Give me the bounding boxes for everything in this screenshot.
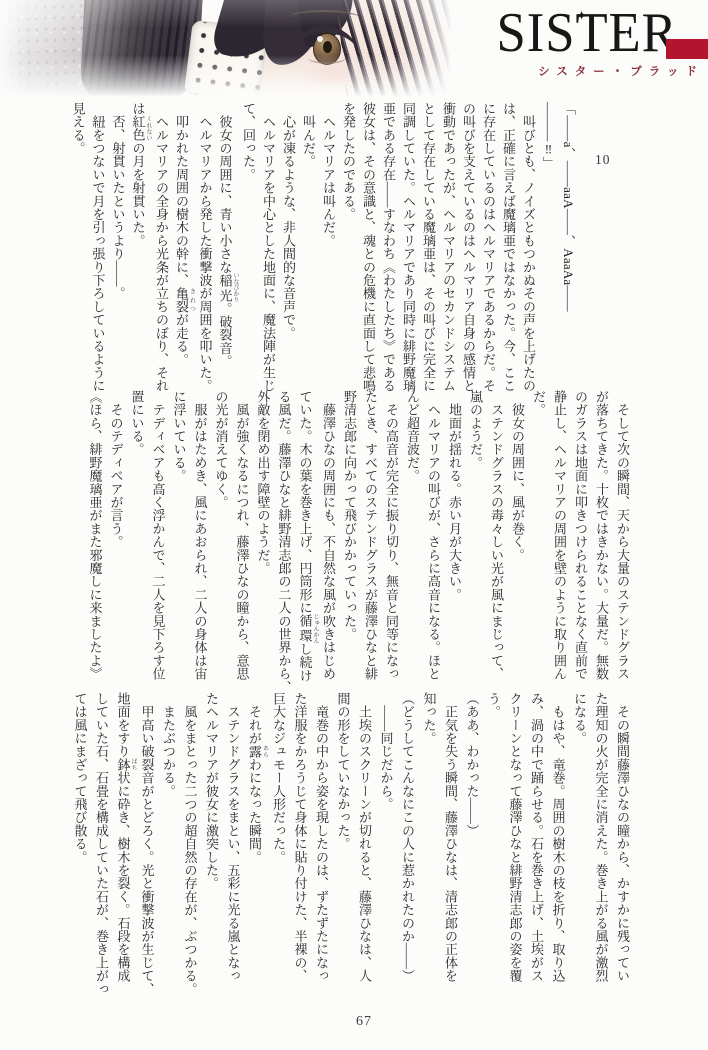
text-line: またぶつかる。 [158, 692, 180, 1014]
text-line: ては風にまざって飛び散る。 [69, 692, 91, 1014]
text-line: 同調していた。ヘルマリアであり同時に緋野魔璃 [398, 102, 418, 392]
text-line: 彼女の周囲に、青い小さな稲光いなびかり。破裂音。 [215, 102, 239, 392]
text-line: ヘルマリアを中心とした地面に、魔法陣が生じ [258, 102, 278, 392]
text-line: 否、射貫いたというより——。 [108, 102, 128, 392]
text-line: た理知の火が完全に消えた。巻き上がる風が激烈 [590, 692, 612, 1014]
text-line: が落ちてきた。十枚ではきかない。大量だ。無数 [591, 390, 612, 696]
text-band-top: 「——a、——aaA——、AaaAa—————‼」 叫びとも、ノイズともつかぬそ… [78, 102, 578, 392]
sparkle-icon: ✦ [622, 30, 631, 43]
text-line: の叫びを支えているのはヘルマリア自身の感情と [458, 102, 478, 392]
text-line: 竜巻の中から姿を現したのは、ずたずたになっ [311, 692, 333, 1014]
header-illustration [0, 0, 452, 100]
text-line: 紐をつないで月を引っ張り下ろしているように [88, 102, 108, 392]
text-line: み、渦の中で踊らせる。石を巻き上げ、土埃がス [526, 692, 548, 1014]
text-line: 野清志郎に向かって飛びかかっていった。 [339, 390, 360, 696]
text-line: ——同じだから。 [375, 692, 397, 1014]
text-line: だ。 [528, 390, 549, 696]
text-line: 彼女は、その意識と、魂との危機に直面して悲鳴 [358, 102, 378, 392]
section-number: 10 [595, 152, 611, 168]
sparkle-icon: ✦ [653, 20, 662, 33]
text-line: ヘルマリアは叫んだ。 [318, 102, 338, 392]
text-line: もはや、竜巻。周囲の樹木の枝を折り、取り込 [547, 692, 569, 1014]
text-line: 地面が揺れる。赤い月が大きい。 [444, 390, 465, 696]
text-line: ていた。木の葉を巻き上げ、円筒形に循環じゅんかんし続け [295, 390, 319, 696]
series-logo-title: SISTER [497, 4, 678, 62]
text-line: に存在しているのはヘルマリアであるからだ。そ [478, 102, 498, 392]
text-line: （どうしてこんなにこの人に惹かれたのか——） [397, 692, 419, 1014]
text-line: は紅色くれないの月を射貫いた。 [128, 102, 152, 392]
text-line: テディベアも高く浮かんで、二人を見下ろす位 [148, 390, 169, 696]
text-line: 間の形をしていなかった。 [332, 692, 354, 1014]
text-line: 外敵を閉め出す障壁のようだ。 [253, 390, 274, 696]
text-line: 衝動であったが、ヘルマリアのセカンドシステム [438, 102, 458, 392]
sparkle-icon: ✦ [576, 9, 587, 22]
text-line: として存在している魔璃亜は、その叫びに完全に [418, 102, 438, 392]
text-line: ヘルマリアの叫びが、さらに高音になる。ほと [423, 390, 444, 696]
text-line: 叫んだ。 [298, 102, 318, 392]
text-line: そのテディベアが言う。 [106, 390, 127, 696]
text-line: の光が消えてゆく。 [211, 390, 232, 696]
text-line: 土埃のスクリーンが切れると、藤澤ひなは、人 [354, 692, 376, 1014]
text-line: ヘルマリアの全身から光条が立ちのぼり、それ [151, 102, 171, 392]
text-line: る風だ。藤澤ひなと緋野清志郎の二人の世界から、 [274, 390, 295, 696]
text-line: クリーンとなって藤澤ひなと緋野清志郎の姿を覆 [504, 692, 526, 1014]
text-line: 叩かれた周囲の樹木の幹に、亀裂きれつが走る。 [171, 102, 195, 392]
text-line: 風が強くなるにつれ、藤澤ひなの瞳から、意思 [232, 390, 253, 696]
text-line: そして次の瞬間、天から大量のステンドグラス [612, 390, 633, 696]
text-line: 心が凍るような、非人間的な音声で。 [278, 102, 298, 392]
text-line: は、正確に言えば魔璃亜ではなかった。今、ここ [498, 102, 518, 392]
text-band-middle: そして次の瞬間、天から大量のステンドグラスが落ちてきた。十枚ではきかない。大量だ… [87, 390, 633, 696]
logo-red-bar [666, 39, 708, 59]
text-line: を発したのである。 [338, 102, 358, 392]
text-line: 亜である存在——すなわち《わたしたち》である [378, 102, 398, 392]
page-number: 67 [356, 1014, 372, 1030]
text-line: ステンドグラスをまとい、五彩に光る嵐となっ [222, 692, 244, 1014]
text-band-bottom: その瞬間藤澤ひなの瞳から、かすかに残っていた理知の火が完全に消えた。巻き上がる風… [73, 692, 633, 1014]
text-line: 静止し、ヘルマリアの周囲を壁のように取り囲ん [549, 390, 570, 696]
text-line: た洋服をかろうじて身体に貼り付けた、半裸の、 [289, 692, 311, 1014]
text-line: たとき、すべてのステンドグラスが藤澤ひなと緋 [360, 390, 381, 696]
series-logo-subtitle: シスター・ブラッド [538, 63, 704, 79]
text-line: ヘルマリアから発した衝撃波が周囲を叩いた。 [195, 102, 215, 392]
text-line: 正気を失う瞬間、藤澤ひなは、清志郎の正体を [440, 692, 462, 1014]
text-line: て、回った。 [238, 102, 258, 392]
text-line: 甲高い破裂音がとどろく。光と衝撃波が生じて、 [136, 692, 158, 1014]
text-line: う。 [483, 692, 505, 1014]
text-line: たヘルマリアが彼女に激突した。 [201, 692, 223, 1014]
text-line: 「——a、——aaA——、AaaAa—— [558, 102, 578, 392]
text-line: それが露あらわになった瞬間。 [244, 692, 268, 1014]
text-line: 巨大なジュモー人形だった。 [268, 692, 290, 1014]
text-line: のガラスは地面に叩きつけられることなく直前で [570, 390, 591, 696]
text-line: になる。 [569, 692, 591, 1014]
text-line: 藤澤ひなの周囲にも、不自然な風が吹きはじめ [318, 390, 339, 696]
text-line: に浮いている。 [169, 390, 190, 696]
text-line: その瞬間藤澤ひなの瞳から、かすかに残ってい [612, 692, 634, 1014]
text-line: 知った。 [418, 692, 440, 1014]
text-line: 叫びとも、ノイズともつかぬその声を上げたの [518, 102, 538, 392]
text-line: 地面をすり鉢ばち状に砕き、樹木を裂く。石段を構成 [112, 692, 136, 1014]
text-line: ステンドグラスの毒々しい光が風にまじって、 [486, 390, 507, 696]
text-line: んど超音波だ。 [402, 390, 423, 696]
text-line: していた石、石畳を構成していた石が、巻き上がっ [91, 692, 113, 1014]
text-line: 風をまとった二つの超自然の存在が、ぶつかる。 [179, 692, 201, 1014]
text-line: 嵐のようだ。 [465, 390, 486, 696]
text-line: 彼女の周囲に、風が巻く。 [507, 390, 528, 696]
text-line: 服がはためき、風にあおられ、二人の身体は宙 [190, 390, 211, 696]
text-line: （ああ、わかった——） [461, 692, 483, 1014]
illustration-white-fade [0, 0, 452, 100]
text-line: 置にいる。 [127, 390, 148, 696]
book-page: SISTER ✦ ✦ ✦ ✦ シスター・ブラッド 10 「——a、——aaA——… [0, 0, 708, 1050]
text-line: ———‼」 [538, 102, 558, 392]
text-line: 見える。 [68, 102, 88, 392]
text-line: その高音が完全に振り切り、無音と同等になっ [381, 390, 402, 696]
text-line: 《ほら、緋野魔璃亜がまた邪魔しに来ましたよ》 [85, 390, 106, 696]
